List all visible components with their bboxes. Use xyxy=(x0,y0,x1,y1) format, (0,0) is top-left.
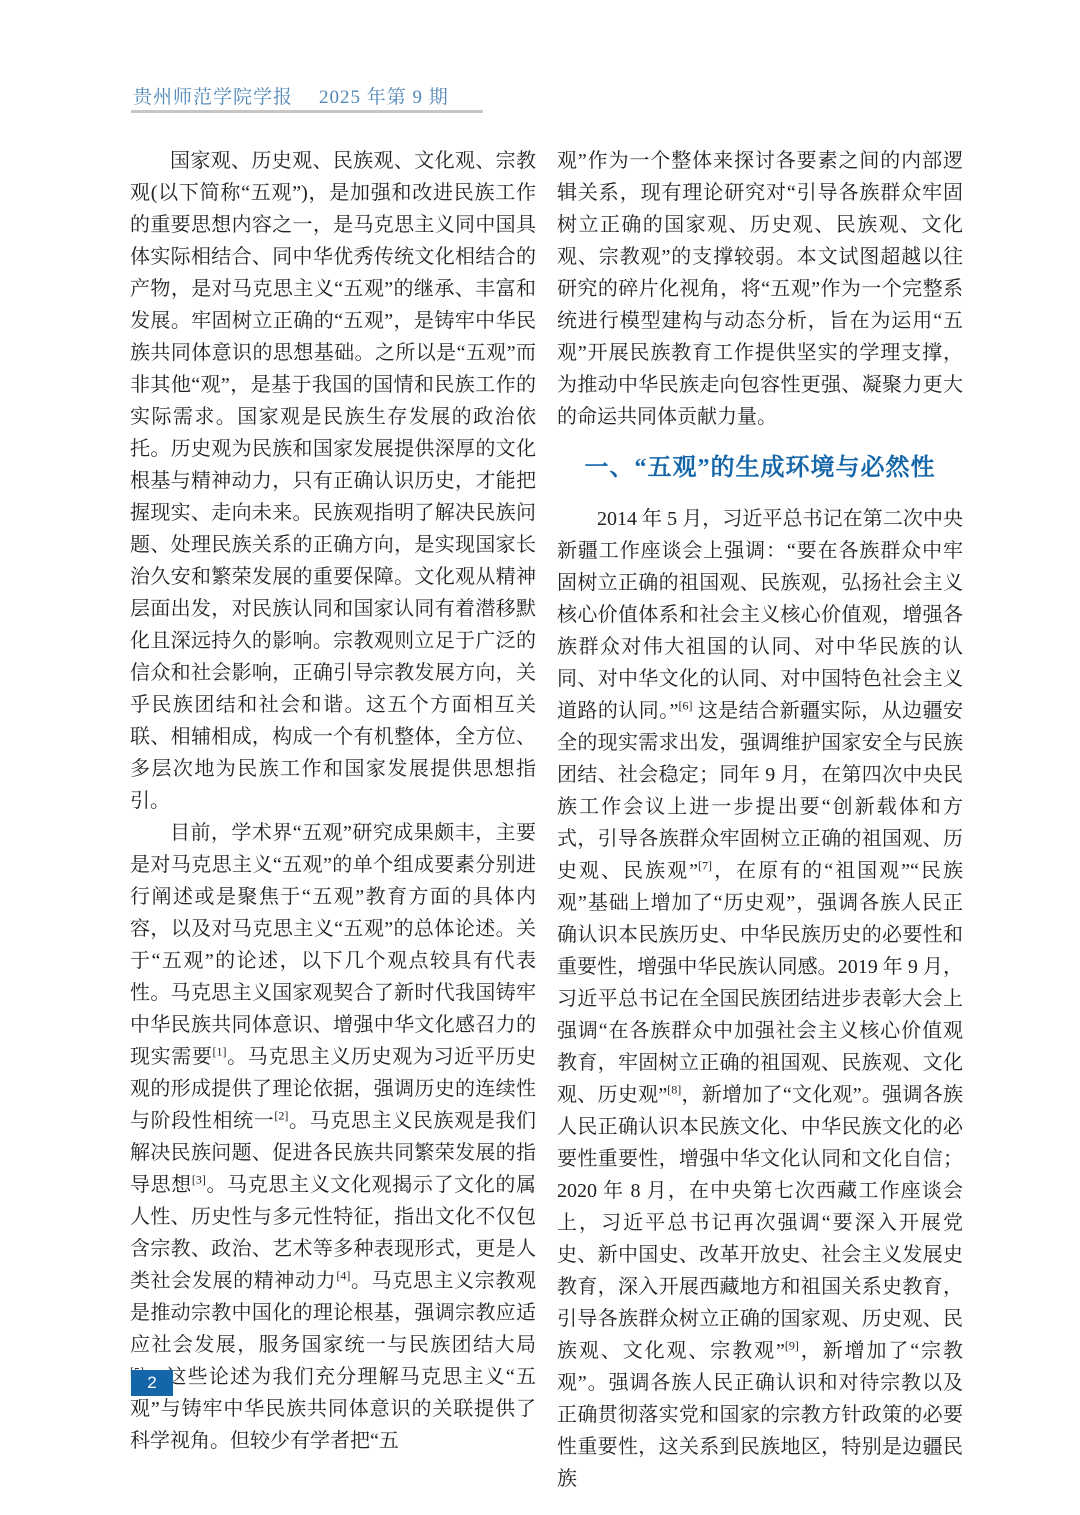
right-column: 观”作为一个整体来探讨各要素之间的内部逻辑关系，现有理论研究对“引导各族群众牢固… xyxy=(557,145,963,1495)
issue-label: 2025 年第 9 期 xyxy=(319,87,449,108)
section-heading: 一、“五观”的生成环境与必然性 xyxy=(557,451,963,485)
paragraph-literature-review: 目前，学术界“五观”研究成果颇丰，主要是对马克思主义“五观”的单个组成要素分别进… xyxy=(130,817,536,1457)
journal-header: 贵州师范学院学报2025 年第 9 期 xyxy=(133,82,449,109)
paragraph-intro: 国家观、历史观、民族观、文化观、宗教观(以下简称“五观”)，是加强和改进民族工作… xyxy=(130,145,536,817)
page-number-badge: 2 xyxy=(131,1370,173,1396)
paragraph-continuation: 观”作为一个整体来探讨各要素之间的内部逻辑关系，现有理论研究对“引导各族群众牢固… xyxy=(557,145,963,433)
header-divider xyxy=(131,110,483,113)
paragraph-section-one: 2014 年 5 月，习近平总书记在第二次中央新疆工作座谈会上强调：“要在各族群… xyxy=(557,503,963,1495)
journal-name: 贵州师范学院学报 xyxy=(133,87,293,108)
left-column: 国家观、历史观、民族观、文化观、宗教观(以下简称“五观”)，是加强和改进民族工作… xyxy=(130,145,536,1457)
